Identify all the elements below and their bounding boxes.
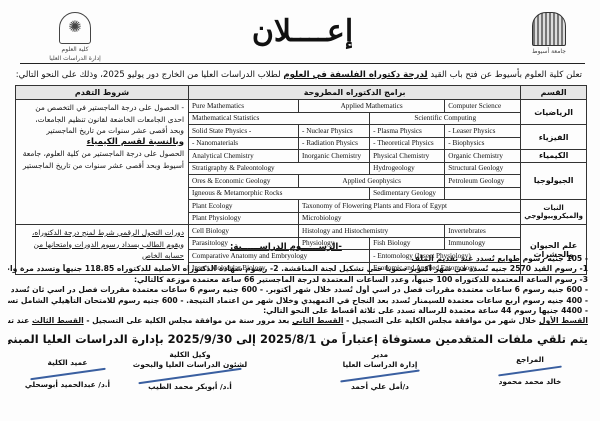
dept-physics: الفيزياء [521, 125, 587, 150]
empty-cell [445, 187, 521, 200]
program-cell: Pure Mathematics [189, 100, 299, 113]
program-cell: Organic Chemistry [445, 150, 521, 163]
program-cell: Structural Geology [445, 162, 521, 175]
conditions-cell: - الحصول على درجة الماجستير في التخصص من… [16, 100, 189, 225]
dept-botany: النبات والميكروبيولوجي [521, 200, 587, 225]
program-cell: - Nuclear Physics [299, 125, 370, 138]
condition-chem-title: وبالنسبة لقسم الكيمياء [20, 137, 184, 149]
program-cell: Mathematical Statistics [189, 112, 370, 125]
program-cell: - Nanomaterials [189, 137, 299, 150]
table-header-row: القسم برامج الدكتوراه المطروحة شروط التق… [16, 86, 587, 100]
program-cell: Microbiology [299, 212, 521, 225]
program-cell: Computer Science [445, 100, 521, 113]
signature-role: عميد الكلية [20, 358, 115, 368]
fee-line: 3- رسوم الساعة المعتمدة للدكتوراه 100 جن… [8, 275, 588, 285]
installment-1: خلال شهر من موافقة مجلس الكلية على التسج… [343, 316, 539, 325]
program-cell: Scientific Computing [370, 112, 521, 125]
fee-line: - 400 جنيه رسوم أربع ساعات معتمدة للسيمن… [8, 296, 588, 306]
header-dept: القسم [521, 86, 587, 100]
program-cell: Applied Geophysics [299, 175, 445, 188]
fee-line: 1- رسوم القيد 2570 جنيه تُسدد في شهر أكت… [8, 264, 588, 274]
program-cell: Plant Physiology [189, 212, 299, 225]
signature-role: وكيل الكلية [125, 350, 255, 360]
signature-role-2: إدارة الدراسات العليا [330, 360, 430, 370]
program-cell: Analytical Chemistry [189, 150, 299, 163]
submission-deadline: يتم تلقي ملفات المتقدمين مستوفاة إعتبارا… [8, 332, 588, 346]
program-cell: - Leaser Physics [445, 125, 521, 138]
signature-role: مدير [330, 350, 430, 360]
fee-line: - 600 جنيه رسوم 6 ساعات معتمدة مقررات فص… [8, 285, 588, 295]
signature-scribble-icon [330, 370, 430, 382]
header-programs: برامج الدكتوراه المطروحة [189, 86, 521, 100]
dept-math: الرياضيات [521, 100, 587, 125]
installment-2-label: القسط الثاني [292, 316, 343, 325]
fee-line: - 4400 جنيها رسوم 44 ساعة معتمدة للرسالة… [8, 306, 588, 316]
program-cell: Applied Mathematics [299, 100, 445, 113]
signature-name: خالد محمد محمود [490, 377, 570, 387]
faculty-name: كلية العلوم [40, 46, 110, 53]
department-name: إدارة الدراسات العليا [40, 55, 110, 62]
signature-scribble-icon [125, 370, 255, 382]
program-cell: Ores & Economic Geology [189, 175, 299, 188]
fees-list: - 105 جنيه رسوم طوابع تُسدد عند تقديم ال… [8, 254, 588, 327]
installments-line: القسط الأول خلال شهر من موافقة مجلس الكل… [8, 316, 588, 326]
university-name: جامعة أسيوط [523, 48, 575, 55]
program-cell: Physical Chemistry [370, 150, 445, 163]
signature-scribble-icon [20, 368, 115, 380]
condition-general: - الحصول على درجة الماجستير في التخصص من… [35, 103, 184, 135]
signature-name: د/أمل علي أحمد [330, 382, 430, 392]
dept-geology: الجيولوجيا [521, 162, 587, 200]
signature-name: أ.د/ عبدالحميد أبوسحلي [20, 380, 115, 390]
program-cell: Taxonomy of Flowering Plants and Flora o… [299, 200, 521, 213]
intro-paragraph: تعلن كلية العلوم بأسيوط عن فتح باب القيد… [12, 70, 582, 80]
program-cell: Stratigraphy & Paleontology [189, 162, 370, 175]
faculty-logo: كلية العلوم إدارة الدراسات العليا [40, 12, 110, 62]
program-cell: Igneous & Metamorphic Rocks [189, 187, 370, 200]
letterhead: جامعة أسيوط إعــــلان كلية العلوم إدارة … [20, 6, 585, 64]
faculty-atom-icon [59, 12, 91, 44]
program-cell: Fish Biology [370, 237, 445, 250]
intro-text: تعلن كلية العلوم بأسيوط عن فتح باب القيد [428, 70, 582, 80]
table-row: الرياضيات Computer Science Applied Mathe… [16, 100, 587, 113]
program-cell: Invertebrates [445, 225, 521, 238]
program-cell: Solid State Physics - [189, 125, 299, 138]
program-cell: - Plasma Physics [370, 125, 445, 138]
installment-2: بعد مرور سنة من موافقة مجلس الكلية على ا… [84, 316, 292, 325]
degree-name: لدرجة دكتوراه الفلسفة في العلوم [283, 70, 427, 80]
intro-text-end: لطلاب الدراسات العليا من الخارج دور يولي… [16, 70, 284, 80]
program-cell: - Biophysics [445, 137, 521, 150]
program-cell: Hydrogeology [370, 162, 445, 175]
program-cell: - Theoretical Physics [370, 137, 445, 150]
program-cell: Sedimentary Geology [370, 187, 445, 200]
header-conditions: شروط التقدم [16, 86, 189, 100]
program-cell: Immunology [445, 237, 521, 250]
signature-dean: عميد الكلية أ.د/ عبدالحميد أبوسحلي [20, 358, 115, 390]
signature-scribble-icon [490, 365, 570, 377]
program-cell: Histology and Histochemistry [299, 225, 445, 238]
fees-title: -الرســــــوم الدراســــــية: [230, 242, 342, 252]
signature-vice-dean: وكيل الكلية لشئون الدراسات العليا والبحو… [125, 350, 255, 392]
condition-chem: الحصول على درجة الماجستير من كلية العلوم… [23, 149, 184, 170]
fee-line: - 105 جنيه رسوم طوابع تُسدد عند تقديم ال… [8, 254, 588, 264]
dept-chemistry: الكيمياء [521, 150, 587, 163]
table-row: علم الحيوان والحشرات Invertebrates Histo… [16, 225, 587, 238]
signature-role: المراجع [490, 355, 570, 365]
signature-name: أ.د/ أبوبكر محمد الطيب [125, 382, 255, 392]
signature-director: مدير إدارة الدراسات العليا د/أمل علي أحم… [330, 350, 430, 392]
program-cell: Cell Biology [189, 225, 299, 238]
announcement-page: جامعة أسيوط إعــــلان كلية العلوم إدارة … [0, 0, 600, 421]
installment-3: عند تشكيل لجنة الحكم على الرسالة. [8, 316, 32, 325]
program-cell: Inorganic Chemistry [299, 150, 370, 163]
signature-reviewer: المراجع خالد محمد محمود [490, 355, 570, 387]
installment-3-label: القسط الثالث [32, 316, 84, 325]
installment-1-label: القسط الأول [539, 316, 588, 325]
program-cell: - Radiation Physics [299, 137, 370, 150]
program-cell: Petroleum Geology [445, 175, 521, 188]
program-cell: Plant Ecology [189, 200, 299, 213]
